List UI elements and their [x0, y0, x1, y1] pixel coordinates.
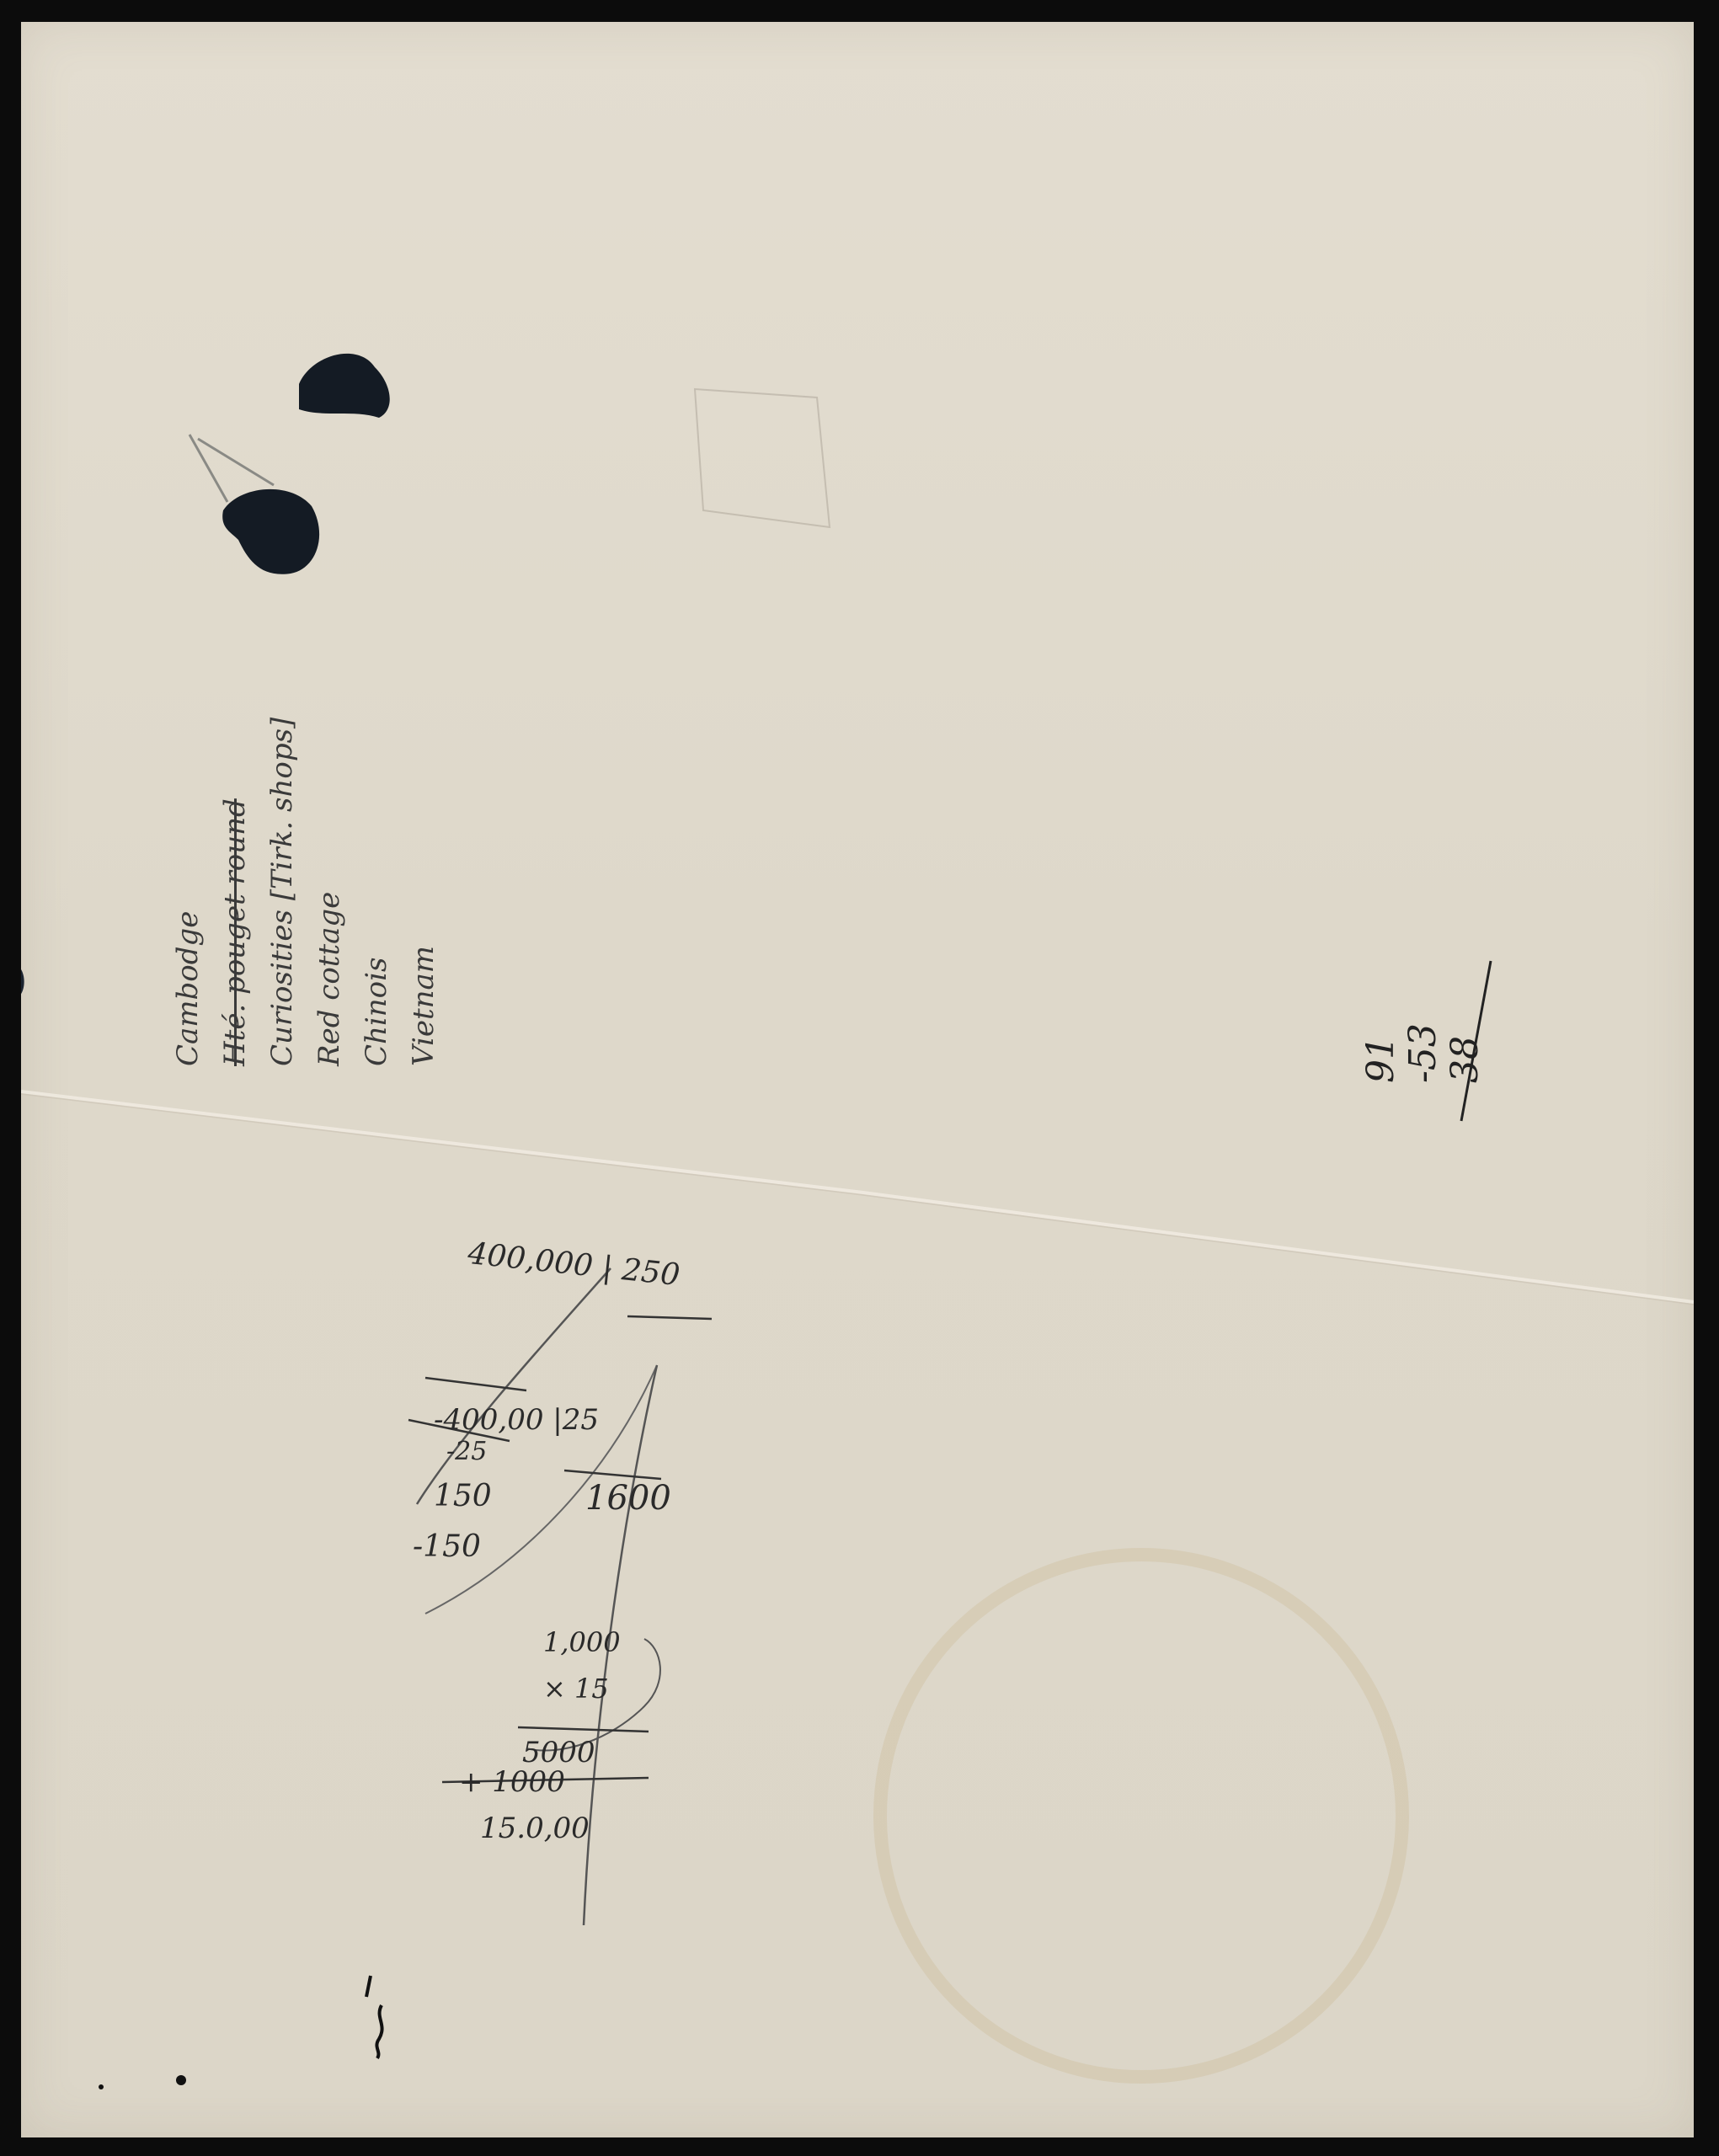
divisor: 250 [620, 1252, 681, 1293]
difference: 38 [1444, 1023, 1487, 1083]
subtraction-calc: 91 -53 38 [1360, 1023, 1487, 1083]
partial-2: + 1000 [459, 1765, 565, 1799]
note-line: Chinois [353, 718, 400, 1066]
notes-list: Cambodge Hté. pouget round Curiosities [… [164, 718, 447, 1066]
division-working-4: -150 [413, 1529, 481, 1564]
note-line: Red cottage [306, 718, 353, 1066]
scan-frame: Cambodge Hté. pouget round Curiosities [… [0, 0, 1719, 2156]
subtrahend: -53 [1402, 1023, 1444, 1083]
division-quotient: 1600 [585, 1479, 671, 1518]
ink-blot-icon [222, 489, 319, 574]
division-working-1: -400,00 |25 [434, 1403, 599, 1437]
partial-1: 5000 [522, 1736, 595, 1769]
multiplicand: 1,000 [543, 1626, 621, 1658]
note-line: Curiosities [Tirk. shops] [259, 718, 306, 1066]
product: 15.0,00 [480, 1812, 590, 1845]
paper-sheet: Cambodge Hté. pouget round Curiosities [… [21, 22, 1694, 2137]
multiplier: × 15 [543, 1673, 609, 1705]
note-line: Vietnam [400, 718, 447, 1066]
note-line: Cambodge [164, 718, 211, 1066]
division-working-2: -25 [446, 1437, 487, 1466]
division-working-3: 150 [434, 1479, 492, 1513]
minuend: 91 [1360, 1023, 1402, 1083]
ink-blot-icon [299, 354, 390, 418]
note-line: Hté. pouget round [211, 718, 259, 1066]
